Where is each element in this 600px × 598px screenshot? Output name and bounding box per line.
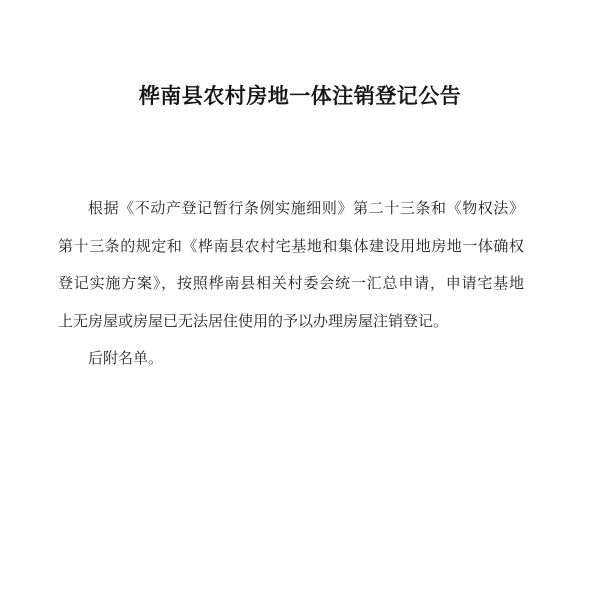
document-title: 桦南县农村房地一体注销登记公告 (0, 84, 600, 108)
paragraph1-line-1: 根据《不动产登记暂行条例实施细则》第二十三条和《物权法》 (58, 191, 524, 229)
paragraph2-line: 后附名单。 (58, 341, 524, 379)
paragraph1-line-2: 第十三条的规定和《桦南县农村宅基地和集体建设用地房地一体确权 (58, 229, 524, 267)
paragraph1-line-4: 上无房屋或房屋已无法居住使用的予以办理房屋注销登记。 (58, 304, 524, 342)
document-body: 根据《不动产登记暂行条例实施细则》第二十三条和《物权法》 第十三条的规定和《桦南… (58, 191, 524, 379)
document-page: 桦南县农村房地一体注销登记公告 根据《不动产登记暂行条例实施细则》第二十三条和《… (0, 0, 600, 598)
paragraph1-line-3: 登记实施方案》，按照桦南县相关村委会统一汇总申请，申请宅基地 (58, 266, 524, 304)
